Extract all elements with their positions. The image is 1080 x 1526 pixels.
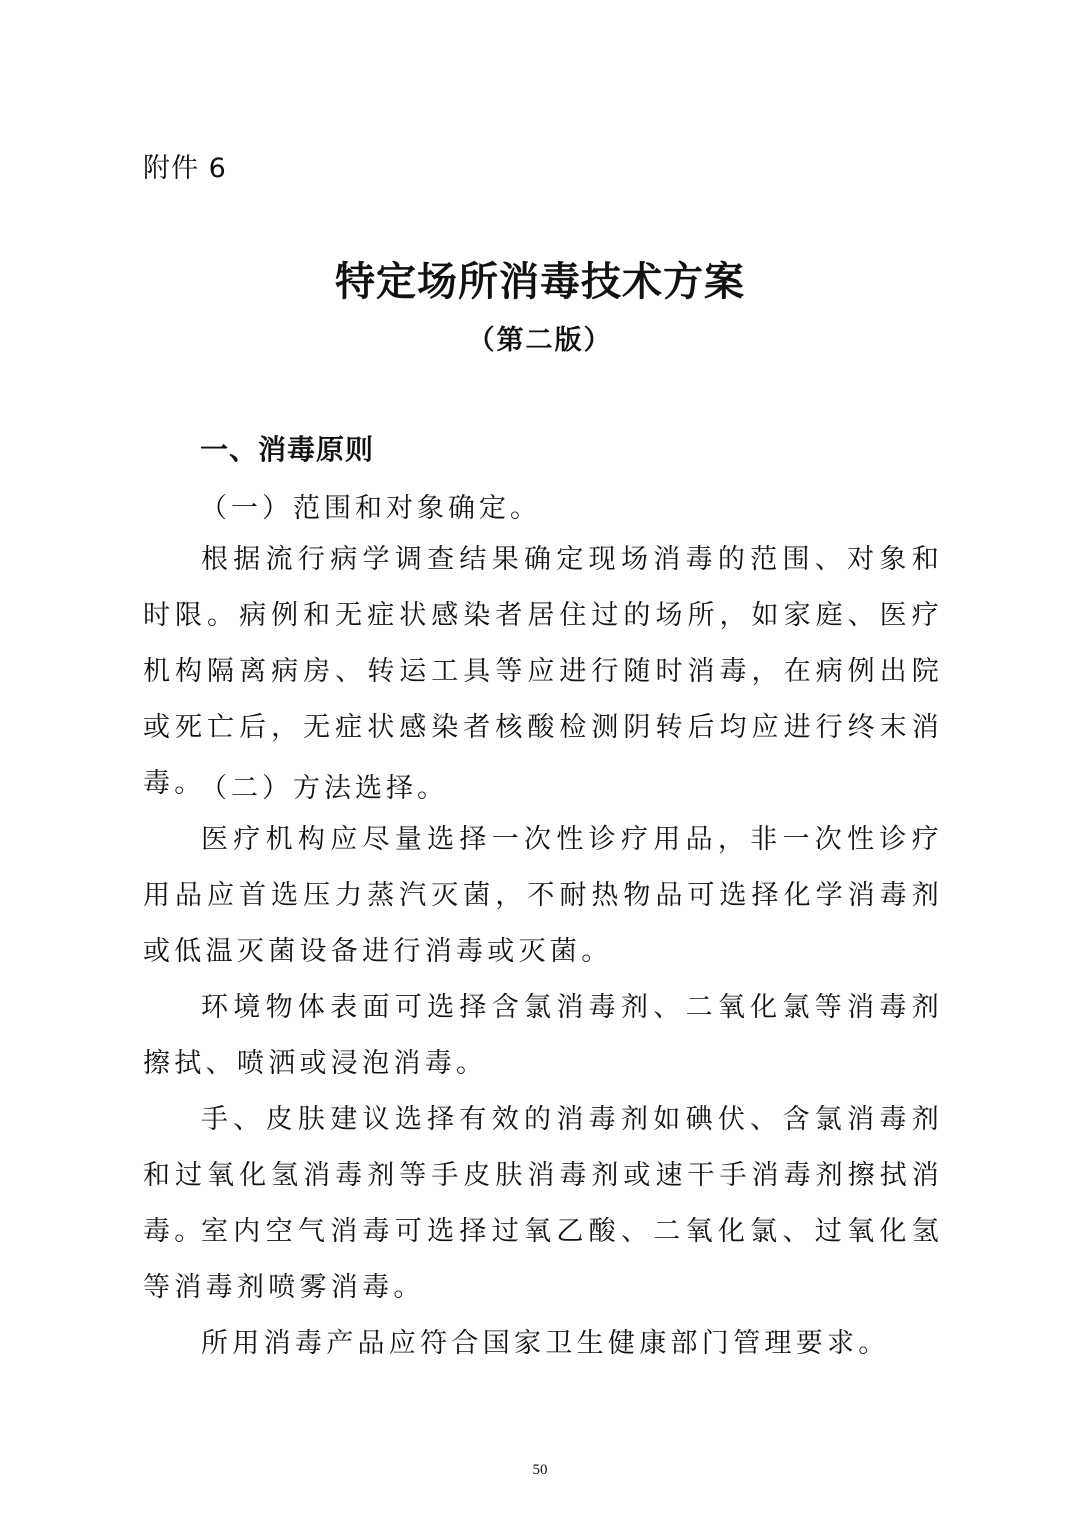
paragraph: 所用消毒产品应符合国家卫生健康部门管理要求。 <box>143 1316 943 1372</box>
attachment-label: 附件 6 <box>143 146 227 185</box>
document-title: 特定场所消毒技术方案 <box>0 250 1080 307</box>
subsection-heading: （二）方法选择。 <box>200 766 448 805</box>
page-number: 50 <box>0 1462 1080 1479</box>
document-page: 附件 6 特定场所消毒技术方案 （第二版） 一、消毒原则 （一）范围和对象确定。… <box>0 0 1080 1526</box>
paragraph: 医疗机构应尽量选择一次性诊疗用品，非一次性诊疗用品应首选压力蒸汽灭菌，不耐热物品… <box>143 812 943 980</box>
subsection-heading: （一）范围和对象确定。 <box>200 486 541 525</box>
document-subtitle: （第二版） <box>0 318 1080 357</box>
paragraph: 室内空气消毒可选择过氧乙酸、二氧化氯、过氧化氢等消毒剂喷雾消毒。 <box>143 1204 943 1316</box>
paragraph: 环境物体表面可选择含氯消毒剂、二氧化氯等消毒剂擦拭、喷洒或浸泡消毒。 <box>143 980 943 1092</box>
section-heading: 一、消毒原则 <box>200 428 374 468</box>
